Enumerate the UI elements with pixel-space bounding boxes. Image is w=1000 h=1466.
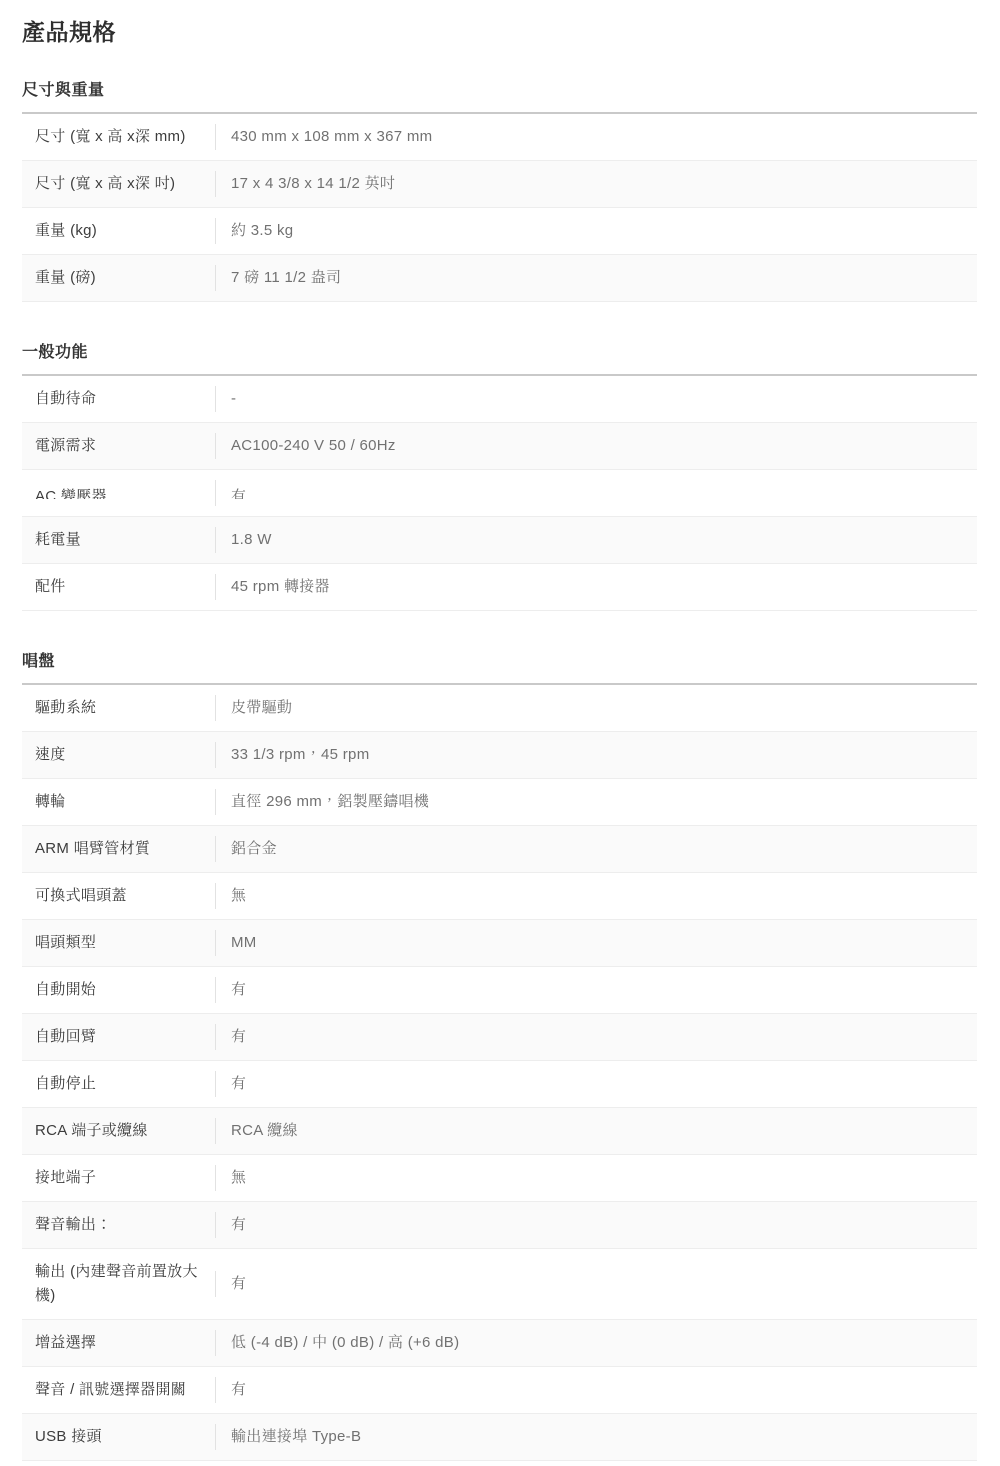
section-title: 一般功能: [22, 339, 977, 362]
spec-row: 電源需求AC100-240 V 50 / 60Hz: [22, 423, 977, 470]
spec-label-text: 重量 (kg): [35, 222, 97, 239]
spec-value: 有: [215, 1261, 977, 1307]
spec-label: 聲音輸出：: [22, 1202, 215, 1248]
spec-row: 速度33 1/3 rpm，45 rpm: [22, 732, 977, 779]
spec-value-text: -: [231, 390, 236, 407]
spec-value: 直徑 296 mm，鋁製壓鑄唱機: [215, 779, 977, 825]
spec-page: 產品規格 尺寸與重量尺寸 (寬 x 高 x深 mm)430 mm x 108 m…: [0, 0, 1000, 1466]
spec-label: 配件: [22, 564, 215, 610]
spec-value-text: 輸出連接埠 Type-B: [231, 1428, 361, 1445]
spec-value-text: 45 rpm 轉接器: [231, 578, 330, 595]
spec-label: 自動停止: [22, 1061, 215, 1107]
spec-value-text: 有: [231, 1275, 246, 1292]
spec-value-text: 有: [231, 1381, 246, 1398]
spec-value-text: 低 (-4 dB) / 中 (0 dB) / 高 (+6 dB): [231, 1334, 459, 1351]
spec-row: 自動開始有: [22, 967, 977, 1014]
spec-row: 尺寸 (寬 x 高 x深 mm)430 mm x 108 mm x 367 mm: [22, 114, 977, 161]
spec-table: 自動待命-電源需求AC100-240 V 50 / 60HzAC 變壓器有耗電量…: [22, 374, 977, 611]
spec-value-text: 有: [231, 1028, 246, 1045]
spec-value-text: 有: [231, 1216, 246, 1233]
spec-value: 輸出連接埠 Type-B: [215, 1414, 977, 1460]
spec-label-text: USB 接頭: [35, 1428, 102, 1445]
spec-label: 可換式唱頭蓋: [22, 873, 215, 919]
spec-value-text: 有: [231, 1075, 246, 1092]
spec-value: 鋁合金: [215, 826, 977, 872]
spec-label-text: 自動開始: [35, 981, 96, 998]
spec-label: 輸出 (內建聲音前置放大機): [22, 1249, 215, 1319]
spec-label-text: 重量 (磅): [35, 269, 96, 286]
spec-value-text: 1.8 W: [231, 531, 272, 548]
spec-label: 聲音 / 訊號選擇器開關: [22, 1367, 215, 1413]
spec-label-text: 耗電量: [35, 531, 81, 548]
spec-label-text: 自動待命: [35, 390, 96, 407]
spec-label-text: 尺寸 (寬 x 高 x深 mm): [35, 128, 186, 145]
spec-label-text: 電源需求: [35, 437, 96, 454]
spec-value: 有: [215, 967, 977, 1013]
spec-value-text: 17 x 4 3/8 x 14 1/2 英吋: [231, 175, 395, 192]
spec-label-text: 自動停止: [35, 1075, 96, 1092]
spec-label: 接地端子: [22, 1155, 215, 1201]
spec-value-text: 無: [231, 1169, 246, 1186]
spec-row: AC 變壓器有: [22, 470, 977, 517]
spec-label-text: RCA 端子或纜線: [35, 1122, 148, 1139]
spec-value: 有: [215, 1014, 977, 1060]
spec-value: 430 mm x 108 mm x 367 mm: [215, 114, 977, 160]
spec-row: USB 接頭輸出連接埠 Type-B: [22, 1414, 977, 1461]
spec-sections-container: 尺寸與重量尺寸 (寬 x 高 x深 mm)430 mm x 108 mm x 3…: [22, 77, 977, 1461]
spec-value-text: RCA 纜線: [231, 1122, 298, 1139]
spec-value: MM: [215, 920, 977, 966]
spec-value-text: AC100-240 V 50 / 60Hz: [231, 437, 396, 454]
spec-value-text: MM: [231, 934, 257, 951]
page-title: 產品規格: [22, 14, 977, 47]
spec-label-text: 配件: [35, 578, 66, 595]
spec-label-text: 轉輪: [35, 793, 66, 810]
spec-label-text: AC 變壓器: [35, 487, 107, 499]
spec-value-text: 約 3.5 kg: [231, 222, 293, 239]
spec-row: 聲音 / 訊號選擇器開關有: [22, 1367, 977, 1414]
spec-label-text: 自動回臂: [35, 1028, 96, 1045]
spec-value-text: 鋁合金: [231, 840, 277, 857]
spec-value: AC100-240 V 50 / 60Hz: [215, 423, 977, 469]
spec-row: 驅動系統皮帶驅動: [22, 685, 977, 732]
spec-value: 無: [215, 873, 977, 919]
spec-value: 17 x 4 3/8 x 14 1/2 英吋: [215, 161, 977, 207]
spec-value: 有: [215, 1061, 977, 1107]
spec-value: 低 (-4 dB) / 中 (0 dB) / 高 (+6 dB): [215, 1320, 977, 1366]
spec-label: 速度: [22, 732, 215, 778]
spec-row: 接地端子無: [22, 1155, 977, 1202]
spec-label: 轉輪: [22, 779, 215, 825]
spec-row: ARM 唱臂管材質鋁合金: [22, 826, 977, 873]
spec-value: 有: [215, 470, 977, 516]
spec-value: 1.8 W: [215, 517, 977, 563]
spec-label-text: 接地端子: [35, 1169, 96, 1186]
spec-table: 驅動系統皮帶驅動速度33 1/3 rpm，45 rpm轉輪直徑 296 mm，鋁…: [22, 683, 977, 1461]
spec-value: 約 3.5 kg: [215, 208, 977, 254]
spec-section: 唱盤驅動系統皮帶驅動速度33 1/3 rpm，45 rpm轉輪直徑 296 mm…: [22, 648, 977, 1461]
spec-value-text: 直徑 296 mm，鋁製壓鑄唱機: [231, 793, 429, 810]
spec-row: 尺寸 (寬 x 高 x深 吋)17 x 4 3/8 x 14 1/2 英吋: [22, 161, 977, 208]
spec-label: 耗電量: [22, 517, 215, 563]
spec-value: RCA 纜線: [215, 1108, 977, 1154]
spec-value-text: 有: [231, 981, 246, 998]
spec-value: 皮帶驅動: [215, 685, 977, 731]
section-title: 尺寸與重量: [22, 77, 977, 100]
spec-label-text: 聲音 / 訊號選擇器開關: [35, 1381, 186, 1398]
spec-value-text: 有: [231, 487, 246, 499]
spec-row: 增益選擇低 (-4 dB) / 中 (0 dB) / 高 (+6 dB): [22, 1320, 977, 1367]
spec-value-text: 430 mm x 108 mm x 367 mm: [231, 128, 432, 145]
spec-label: ARM 唱臂管材質: [22, 826, 215, 872]
spec-row: 重量 (kg)約 3.5 kg: [22, 208, 977, 255]
spec-label-text: 增益選擇: [35, 1334, 96, 1351]
spec-value-text: 7 磅 11 1/2 盎司: [231, 269, 341, 286]
spec-label-text: 輸出 (內建聲音前置放大機): [35, 1263, 198, 1304]
spec-value-text: 無: [231, 887, 246, 904]
spec-label: 電源需求: [22, 423, 215, 469]
spec-row: 輸出 (內建聲音前置放大機)有: [22, 1249, 977, 1320]
spec-row: 自動待命-: [22, 376, 977, 423]
spec-label-text: 可換式唱頭蓋: [35, 887, 127, 904]
spec-label-text: ARM 唱臂管材質: [35, 840, 150, 857]
spec-row: 可換式唱頭蓋無: [22, 873, 977, 920]
spec-label: 唱頭類型: [22, 920, 215, 966]
spec-row: RCA 端子或纜線RCA 纜線: [22, 1108, 977, 1155]
spec-value: 7 磅 11 1/2 盎司: [215, 255, 977, 301]
spec-value-text: 33 1/3 rpm，45 rpm: [231, 746, 370, 763]
spec-label: 自動待命: [22, 376, 215, 422]
spec-value: 有: [215, 1202, 977, 1248]
spec-label: 尺寸 (寬 x 高 x深 吋): [22, 161, 215, 207]
spec-label: 自動開始: [22, 967, 215, 1013]
spec-section: 尺寸與重量尺寸 (寬 x 高 x深 mm)430 mm x 108 mm x 3…: [22, 77, 977, 302]
spec-row: 自動回臂有: [22, 1014, 977, 1061]
spec-label: 增益選擇: [22, 1320, 215, 1366]
spec-section: 一般功能自動待命-電源需求AC100-240 V 50 / 60HzAC 變壓器…: [22, 339, 977, 611]
spec-label: USB 接頭: [22, 1414, 215, 1460]
spec-label: RCA 端子或纜線: [22, 1108, 215, 1154]
spec-row: 聲音輸出：有: [22, 1202, 977, 1249]
spec-label: AC 變壓器: [22, 470, 215, 516]
spec-row: 唱頭類型MM: [22, 920, 977, 967]
spec-value: -: [215, 376, 977, 422]
spec-row: 自動停止有: [22, 1061, 977, 1108]
spec-row: 重量 (磅)7 磅 11 1/2 盎司: [22, 255, 977, 302]
spec-table: 尺寸 (寬 x 高 x深 mm)430 mm x 108 mm x 367 mm…: [22, 112, 977, 302]
spec-label: 自動回臂: [22, 1014, 215, 1060]
spec-value-text: 皮帶驅動: [231, 699, 292, 716]
spec-label-text: 尺寸 (寬 x 高 x深 吋): [35, 175, 175, 192]
spec-row: 配件45 rpm 轉接器: [22, 564, 977, 611]
spec-label-text: 驅動系統: [35, 699, 96, 716]
spec-value: 33 1/3 rpm，45 rpm: [215, 732, 977, 778]
spec-value: 有: [215, 1367, 977, 1413]
spec-label: 重量 (磅): [22, 255, 215, 301]
spec-value: 45 rpm 轉接器: [215, 564, 977, 610]
spec-value: 無: [215, 1155, 977, 1201]
spec-row: 轉輪直徑 296 mm，鋁製壓鑄唱機: [22, 779, 977, 826]
spec-label: 尺寸 (寬 x 高 x深 mm): [22, 114, 215, 160]
spec-label: 重量 (kg): [22, 208, 215, 254]
spec-label-text: 唱頭類型: [35, 934, 96, 951]
spec-label-text: 速度: [35, 746, 66, 763]
spec-row: 耗電量1.8 W: [22, 517, 977, 564]
spec-label-text: 聲音輸出：: [35, 1216, 112, 1233]
section-title: 唱盤: [22, 648, 977, 671]
spec-label: 驅動系統: [22, 685, 215, 731]
